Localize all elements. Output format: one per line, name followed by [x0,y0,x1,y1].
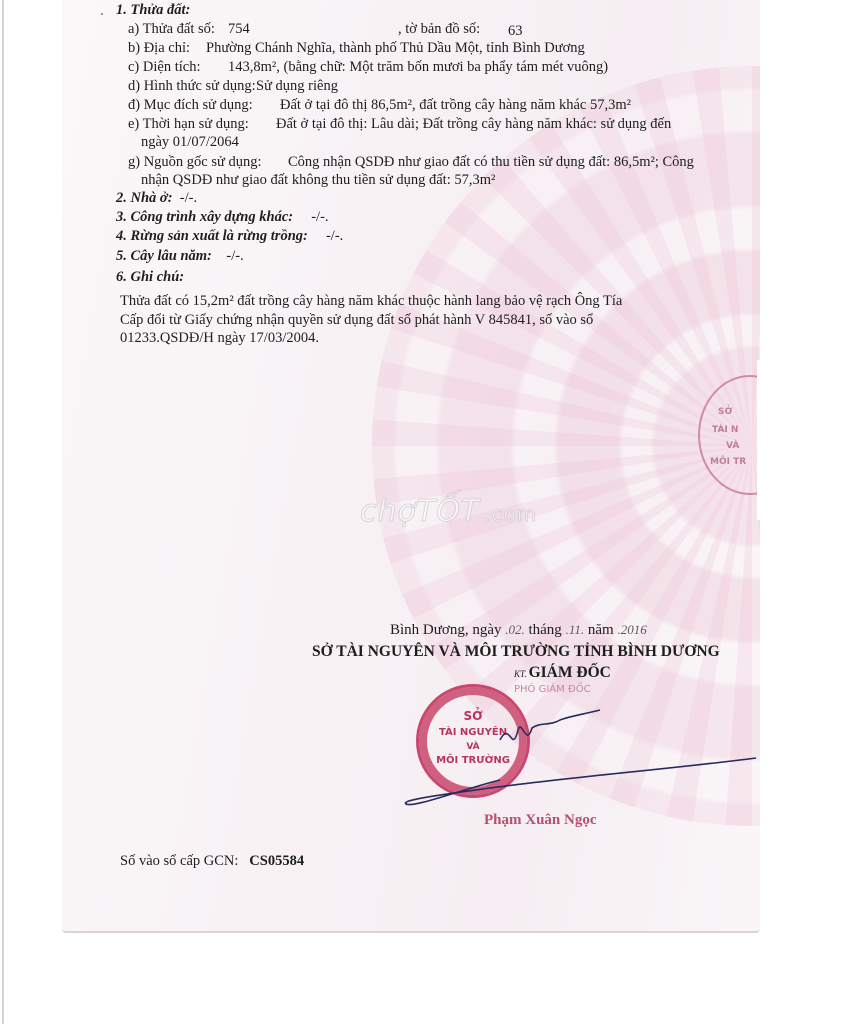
section-6-heading: 6. Ghi chú: [116,268,184,287]
registration-label: Số vào sổ cấp GCN: [120,853,238,869]
issue-year: .2016 [617,622,646,637]
watermark-logo-text: chợTỐT [360,494,480,529]
usage-term-value-line1: Đất ở tại đô thị: Lâu dài; Đất trồng cây… [276,115,671,134]
area-label: c) Diện tích: [128,58,200,77]
issue-date: Bình Dương, ngày .02. tháng .11. năm .20… [390,622,647,639]
issue-month: .11. [566,622,585,637]
section-5: 5. Cây lâu năm: -/-. [116,247,244,266]
usage-form-label: d) Hình thức sử dụng: [128,77,256,96]
area-value: 143,8m², (bằng chữ: Một trăm bốn mươi ba… [228,58,608,77]
section-5-value: -/-. [226,248,243,264]
chotot-watermark: chợTỐT.com [360,494,537,529]
speck [101,13,103,15]
section-4: 4. Rừng sản xuất là rừng trồng: -/-. [116,227,343,246]
usage-purpose-label: đ) Mục đích sử dụng: [128,96,253,115]
year-label: năm [588,622,614,638]
director-label: GIÁM ĐỐC [529,664,611,681]
issue-place: Bình Dương, ngày [390,622,501,638]
left-border-line [2,0,4,1024]
stamp-partial-line1: SỞ [718,407,732,417]
usage-form-value: Sử dụng riêng [256,77,338,96]
page-margin-cover [757,360,853,520]
director-title: KT.GIÁM ĐỐC [514,664,611,682]
section-3-heading: 3. Công trình xây dựng khác: [116,209,293,225]
section-4-value: -/-. [326,228,343,244]
section-5-heading: 5. Cây lâu năm: [116,248,212,264]
registration-value: CS05584 [249,853,304,869]
month-label: tháng [528,622,561,638]
signer-name: Phạm Xuân Ngọc [484,812,597,829]
section-2-heading: 2. Nhà ở: [116,190,173,206]
section-3-value: -/-. [311,209,328,225]
section-3: 3. Công trình xây dựng khác: -/-. [116,208,329,227]
section-1-heading: 1. Thửa đất: [116,1,190,20]
usage-origin-label: g) Nguồn gốc sử dụng: [128,153,262,172]
address-value: Phường Chánh Nghĩa, thành phố Thủ Dầu Mộ… [206,39,585,58]
on-behalf-prefix: KT. [514,669,527,679]
usage-origin-value-line2: nhận QSDĐ như giao đất không thu tiền sử… [141,171,495,190]
parcel-number-label: a) Thửa đất số: [128,20,215,39]
map-sheet-label: , tờ bản đồ số: [398,20,480,39]
stamp-partial-line2: TÀI N [712,425,738,435]
parcel-number-value: 754 [228,20,250,39]
section-2-value: -/-. [180,190,197,206]
usage-term-value-line2: ngày 01/07/2064 [141,133,239,152]
note-line-2: Cấp đổi từ Giấy chứng nhận quyền sử dụng… [120,311,593,330]
deputy-director-title: PHÓ GIÁM ĐỐC [514,684,591,695]
note-line-1: Thửa đất có 15,2m² đất trồng cây hàng nă… [120,292,622,311]
watermark-domain: .com [484,502,537,526]
section-4-heading: 4. Rừng sản xuất là rừng trồng: [116,228,308,244]
note-line-3: 01233.QSDĐ/H ngày 17/03/2004. [120,329,319,348]
usage-purpose-value: Đất ở tại đô thị 86,5m², đất trồng cây h… [280,96,631,115]
issue-day: .02. [505,622,525,637]
section-2: 2. Nhà ở: -/-. [116,189,197,208]
stamp-partial-line4: MÔI TR [710,457,746,467]
handwritten-signature [400,700,760,820]
address-label: b) Địa chỉ: [128,39,190,58]
issuing-agency: SỞ TÀI NGUYÊN VÀ MÔI TRƯỜNG TỈNH BÌNH DƯ… [312,643,720,661]
certificate-registration-number: Số vào sổ cấp GCN: CS05584 [120,853,304,870]
stamp-partial-line3: VÀ [726,441,739,451]
usage-term-label: e) Thời hạn sử dụng: [128,115,249,134]
usage-origin-value-line1: Công nhận QSDĐ như giao đất có thu tiền … [288,153,694,172]
